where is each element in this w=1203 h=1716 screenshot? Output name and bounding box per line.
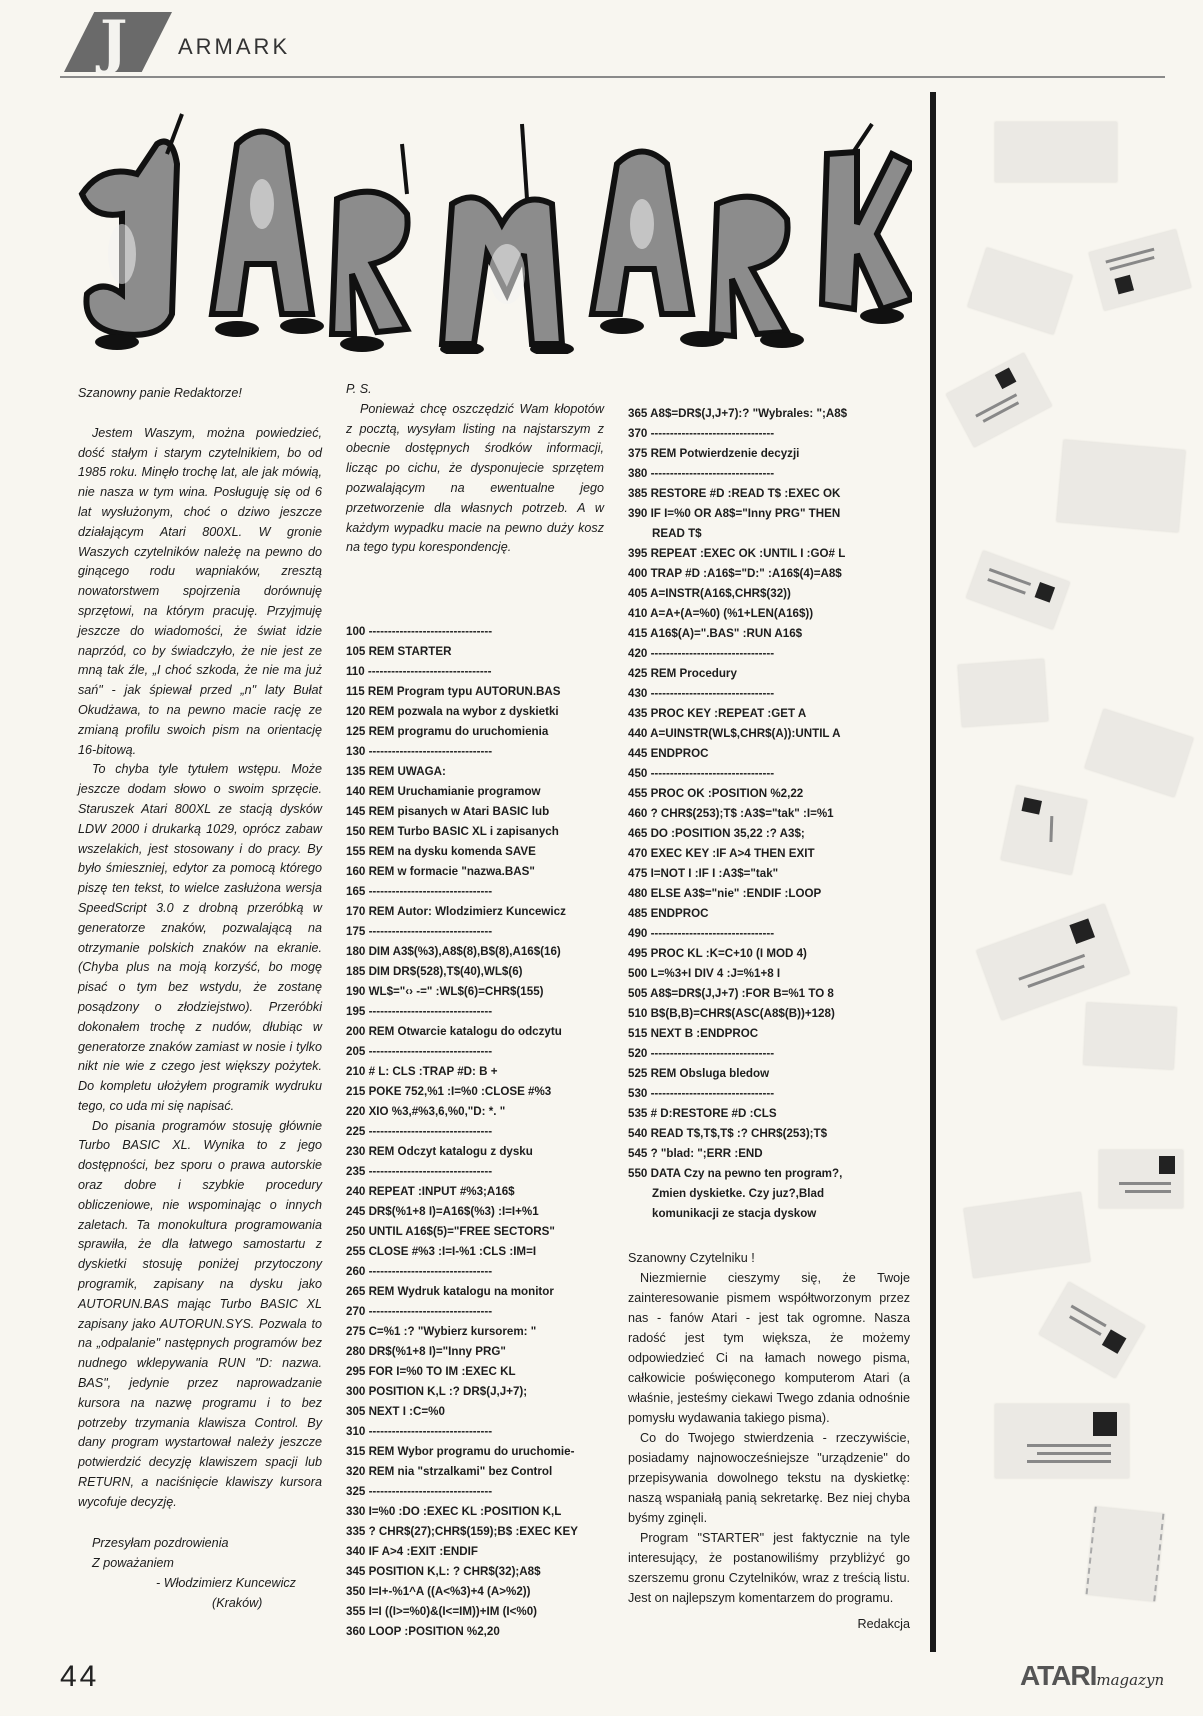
envelope-icon [968, 248, 1073, 335]
code-line: 490 -------------------------------- [628, 924, 910, 944]
code-line: 295 FOR I=%0 TO IM :EXEC KL [346, 1362, 604, 1382]
section-title: ARMARK [178, 34, 290, 60]
code-line: 335 ? CHR$(27);CHR$(159);B$ :EXEC KEY [346, 1522, 604, 1542]
envelope-icon [995, 122, 1117, 182]
envelope-with-stamp-icon [1089, 229, 1191, 310]
code-line: 445 ENDPROC [628, 744, 910, 764]
code-line: 550 DATA Czy na pewno ten program?, [628, 1164, 910, 1184]
code-line: 105 REM STARTER [346, 642, 604, 662]
code-line: 325 -------------------------------- [346, 1482, 604, 1502]
code-line: 310 -------------------------------- [346, 1422, 604, 1442]
code-line: 155 REM na dysku komenda SAVE [346, 842, 604, 862]
code-line: 460 ? CHR$(253);T$ :A3$="tak" :I=%1 [628, 804, 910, 824]
code-line: 165 -------------------------------- [346, 882, 604, 902]
envelope-with-stamp-icon [946, 353, 1052, 447]
code-line: 465 DO :POSITION 35,22 :? A3$; [628, 824, 910, 844]
code-line: 545 ? "blad: ";ERR :END [628, 1144, 910, 1164]
header-initial: J [100, 12, 127, 72]
reply-paragraph: Program "STARTER" jest faktycznie na tyl… [628, 1528, 910, 1608]
code-line: READ T$ [628, 524, 910, 544]
letter-author: - Włodzimierz Kuncewicz [92, 1573, 322, 1593]
code-line: 275 C=%1 :? "Wybierz kursorem: " [346, 1322, 604, 1342]
envelope-with-stamp-icon [1001, 785, 1087, 874]
reply-paragraph: Niezmiernie cieszymy się, że Twoje zaint… [628, 1268, 910, 1428]
code-line: 370 -------------------------------- [628, 424, 910, 444]
envelope-with-stamp-icon [995, 1404, 1129, 1478]
code-line: 345 POSITION K,L: ? CHR$(32);A8$ [346, 1562, 604, 1582]
code-line: 175 -------------------------------- [346, 922, 604, 942]
code-line: 305 NEXT I :C=%0 [346, 1402, 604, 1422]
letter-closing: Przesyłam pozdrowienia Z poważaniem - Wł… [78, 1533, 322, 1613]
header-rule [60, 76, 1165, 78]
code-line: 525 REM Obsluga bledow [628, 1064, 910, 1084]
code-line: 145 REM pisanych w Atari BASIC lub [346, 802, 604, 822]
code-line: 510 B$(B,B)=CHR$(ASC(A8$(B))+128) [628, 1004, 910, 1024]
code-line: 435 PROC KEY :REPEAT :GET A [628, 704, 910, 724]
code-line: 415 A16$(A)=".BAS" :RUN A16$ [628, 624, 910, 644]
code-line: komunikacji ze stacja dyskow [628, 1204, 910, 1224]
listing-and-reply-column: 365 A8$=DR$(J,J+7):? "Wybrales: ";A8$370… [628, 404, 910, 1634]
code-line: 215 POKE 752,%1 :I=%0 :CLOSE #%3 [346, 1082, 604, 1102]
code-line: 150 REM Turbo BASIC XL i zapisanych [346, 822, 604, 842]
envelope-icon [964, 1192, 1091, 1278]
code-line: 190 WL$="‹› -=" :WL$(6)=CHR$(155) [346, 982, 604, 1002]
envelope-with-stamp-icon [1039, 1282, 1145, 1378]
code-line: 485 ENDPROC [628, 904, 910, 924]
cartoon-letters-icon [62, 104, 912, 354]
code-line: 375 REM Potwierdzenie decyzji [628, 444, 910, 464]
sidebar-vertical-rule [930, 92, 936, 1652]
code-line: 210 # L: CLS :TRAP #D: B + [346, 1062, 604, 1082]
envelope-icon [958, 659, 1048, 727]
code-line: 450 -------------------------------- [628, 764, 910, 784]
letter-city: (Kraków) [92, 1593, 322, 1613]
reply-paragraph: Co do Twojego stwierdzenia - rzeczywiści… [628, 1428, 910, 1528]
code-line: 120 REM pozwala na wybor z dyskietki [346, 702, 604, 722]
printer-paper-icon [1086, 1507, 1165, 1602]
code-line: 270 -------------------------------- [346, 1302, 604, 1322]
code-line: 515 NEXT B :ENDPROC [628, 1024, 910, 1044]
code-line: 185 DIM DR$(528),T$(40),WL$(6) [346, 962, 604, 982]
code-line: 340 IF A>4 :EXIT :ENDIF [346, 1542, 604, 1562]
jarmark-banner-illustration [62, 104, 912, 354]
envelope-with-stamp-icon [1099, 1150, 1183, 1208]
code-line: 425 REM Procedury [628, 664, 910, 684]
code-line: 130 -------------------------------- [346, 742, 604, 762]
code-line: 495 PROC KL :K=C+10 (I MOD 4) [628, 944, 910, 964]
reply-salutation: Szanowny Czytelniku ! [628, 1248, 910, 1268]
code-line: 300 POSITION K,L :? DR$(J,J+7); [346, 1382, 604, 1402]
letter-paragraph: Do pisania programów stosuję głównie Tur… [78, 1117, 322, 1513]
reader-letter-column: Szanowny panie Redaktorze! Jestem Waszym… [78, 384, 322, 1613]
code-line: 320 REM nia "strzalkami" bez Control [346, 1462, 604, 1482]
closing-line: Przesyłam pozdrowienia [92, 1533, 322, 1553]
code-line: 170 REM Autor: Wlodzimierz Kuncewicz [346, 902, 604, 922]
ps-and-listing-column: P. S. Ponieważ chcę oszczędzić Wam kłopo… [346, 380, 604, 1642]
basic-listing-part1: 100 --------------------------------105 … [346, 622, 604, 1642]
code-line: 400 TRAP #D :A16$="D:" :A16$(4)=A8$ [628, 564, 910, 584]
code-line: 265 REM Wydruk katalogu na monitor [346, 1282, 604, 1302]
code-line: 250 UNTIL A16$(5)="FREE SECTORS" [346, 1222, 604, 1242]
code-line: 440 A=UINSTR(WL$,CHR$(A)):UNTIL A [628, 724, 910, 744]
code-line: 480 ELSE A3$="nie" :ENDIF :LOOP [628, 884, 910, 904]
code-line: 355 I=I ((I>=%0)&(I<=IM))+IM (I<%0) [346, 1602, 604, 1622]
code-line: 230 REM Odczyt katalogu z dysku [346, 1142, 604, 1162]
code-line: 420 -------------------------------- [628, 644, 910, 664]
code-line: 530 -------------------------------- [628, 1084, 910, 1104]
code-line: 110 -------------------------------- [346, 662, 604, 682]
ps-text: Ponieważ chcę oszczędzić Wam kłopotów z … [346, 400, 604, 558]
code-line: 195 -------------------------------- [346, 1002, 604, 1022]
letter-salutation: Szanowny panie Redaktorze! [78, 384, 322, 404]
envelope-icon [1085, 709, 1194, 797]
code-line: 225 -------------------------------- [346, 1122, 604, 1142]
page-number: 44 [60, 1660, 99, 1694]
code-line: 390 IF I=%0 OR A8$="Inny PRG" THEN [628, 504, 910, 524]
code-line: 280 DR$(%1+8 I)="Inny PRG" [346, 1342, 604, 1362]
magazine-logo: ATARImagazyn [1020, 1660, 1164, 1692]
code-line: 470 EXEC KEY :IF A>4 THEN EXIT [628, 844, 910, 864]
envelope-icon [1083, 1003, 1176, 1070]
code-line: 180 DIM A3$(%3),A8$(8),B$(8),A16$(16) [346, 942, 604, 962]
logo-magazyn: magazyn [1096, 1671, 1164, 1689]
envelope-with-stamp-icon [976, 904, 1129, 1020]
code-line: 200 REM Otwarcie katalogu do odczytu [346, 1022, 604, 1042]
code-line: 315 REM Wybor programu do uruchomie- [346, 1442, 604, 1462]
code-line: 505 A8$=DR$(J,J+7) :FOR B=%1 TO 8 [628, 984, 910, 1004]
code-line: 115 REM Program typu AUTORUN.BAS [346, 682, 604, 702]
code-line: 220 XIO %3,#%3,6,%0,"D: *. " [346, 1102, 604, 1122]
code-line: 520 -------------------------------- [628, 1044, 910, 1064]
code-line: 140 REM Uruchamianie programow [346, 782, 604, 802]
code-line: 100 -------------------------------- [346, 622, 604, 642]
code-line: 410 A=A+(A=%0) (%1+LEN(A16$)) [628, 604, 910, 624]
code-line: 255 CLOSE #%3 :I=I-%1 :CLS :IM=I [346, 1242, 604, 1262]
code-line: 430 -------------------------------- [628, 684, 910, 704]
basic-listing-part2: 365 A8$=DR$(J,J+7):? "Wybrales: ";A8$370… [628, 404, 910, 1224]
code-line: 405 A=INSTR(A16$,CHR$(32)) [628, 584, 910, 604]
code-line: 160 REM w formacie "nazwa.BAS" [346, 862, 604, 882]
section-header: J ARMARK [60, 10, 1165, 80]
envelope-icon [1057, 440, 1186, 532]
code-line: 395 REPEAT :EXEC OK :UNTIL I :GO# L [628, 544, 910, 564]
code-line: 245 DR$(%1+8 I)=A16$(%3) :I=I+%1 [346, 1202, 604, 1222]
letter-paragraph: Jestem Waszym, można powiedzieć, dość st… [78, 424, 322, 761]
code-line: 205 -------------------------------- [346, 1042, 604, 1062]
code-line: 240 REPEAT :INPUT #%3;A16$ [346, 1182, 604, 1202]
code-line: 135 REM UWAGA: [346, 762, 604, 782]
code-line: 385 RESTORE #D :READ T$ :EXEC OK [628, 484, 910, 504]
reply-signature: Redakcja [628, 1614, 910, 1634]
logo-atari: ATARI [1020, 1660, 1096, 1691]
code-line: 235 -------------------------------- [346, 1162, 604, 1182]
code-line: 500 L=%3+I DIV 4 :J=%1+8 I [628, 964, 910, 984]
closing-line: Z poważaniem [92, 1553, 322, 1573]
code-line: 380 -------------------------------- [628, 464, 910, 484]
code-line: 260 -------------------------------- [346, 1262, 604, 1282]
editor-reply: Szanowny Czytelniku ! Niezmiernie cieszy… [628, 1248, 910, 1634]
code-line: 350 I=I+-%1^A ((A<%3)+4 (A>%2)) [346, 1582, 604, 1602]
code-line: 540 READ T$,T$,T$ :? CHR$(253);T$ [628, 1124, 910, 1144]
code-line: 475 I=NOT I :IF I :A3$="tak" [628, 864, 910, 884]
code-line: 455 PROC OK :POSITION %2,22 [628, 784, 910, 804]
letter-paragraph: To chyba tyle tytułem wstępu. Może jeszc… [78, 760, 322, 1116]
ps-label: P. S. [346, 380, 604, 400]
code-line: 125 REM programu do uruchomienia [346, 722, 604, 742]
code-line: 360 LOOP :POSITION %2,20 [346, 1622, 604, 1642]
code-line: 535 # D:RESTORE #D :CLS [628, 1104, 910, 1124]
code-line: 365 A8$=DR$(J,J+7):? "Wybrales: ";A8$ [628, 404, 910, 424]
envelope-with-stamp-icon [966, 551, 1070, 629]
code-line: Zmien dyskietke. Czy juz?,Blad [628, 1184, 910, 1204]
code-line: 330 I=%0 :DO :EXEC KL :POSITION K,L [346, 1502, 604, 1522]
